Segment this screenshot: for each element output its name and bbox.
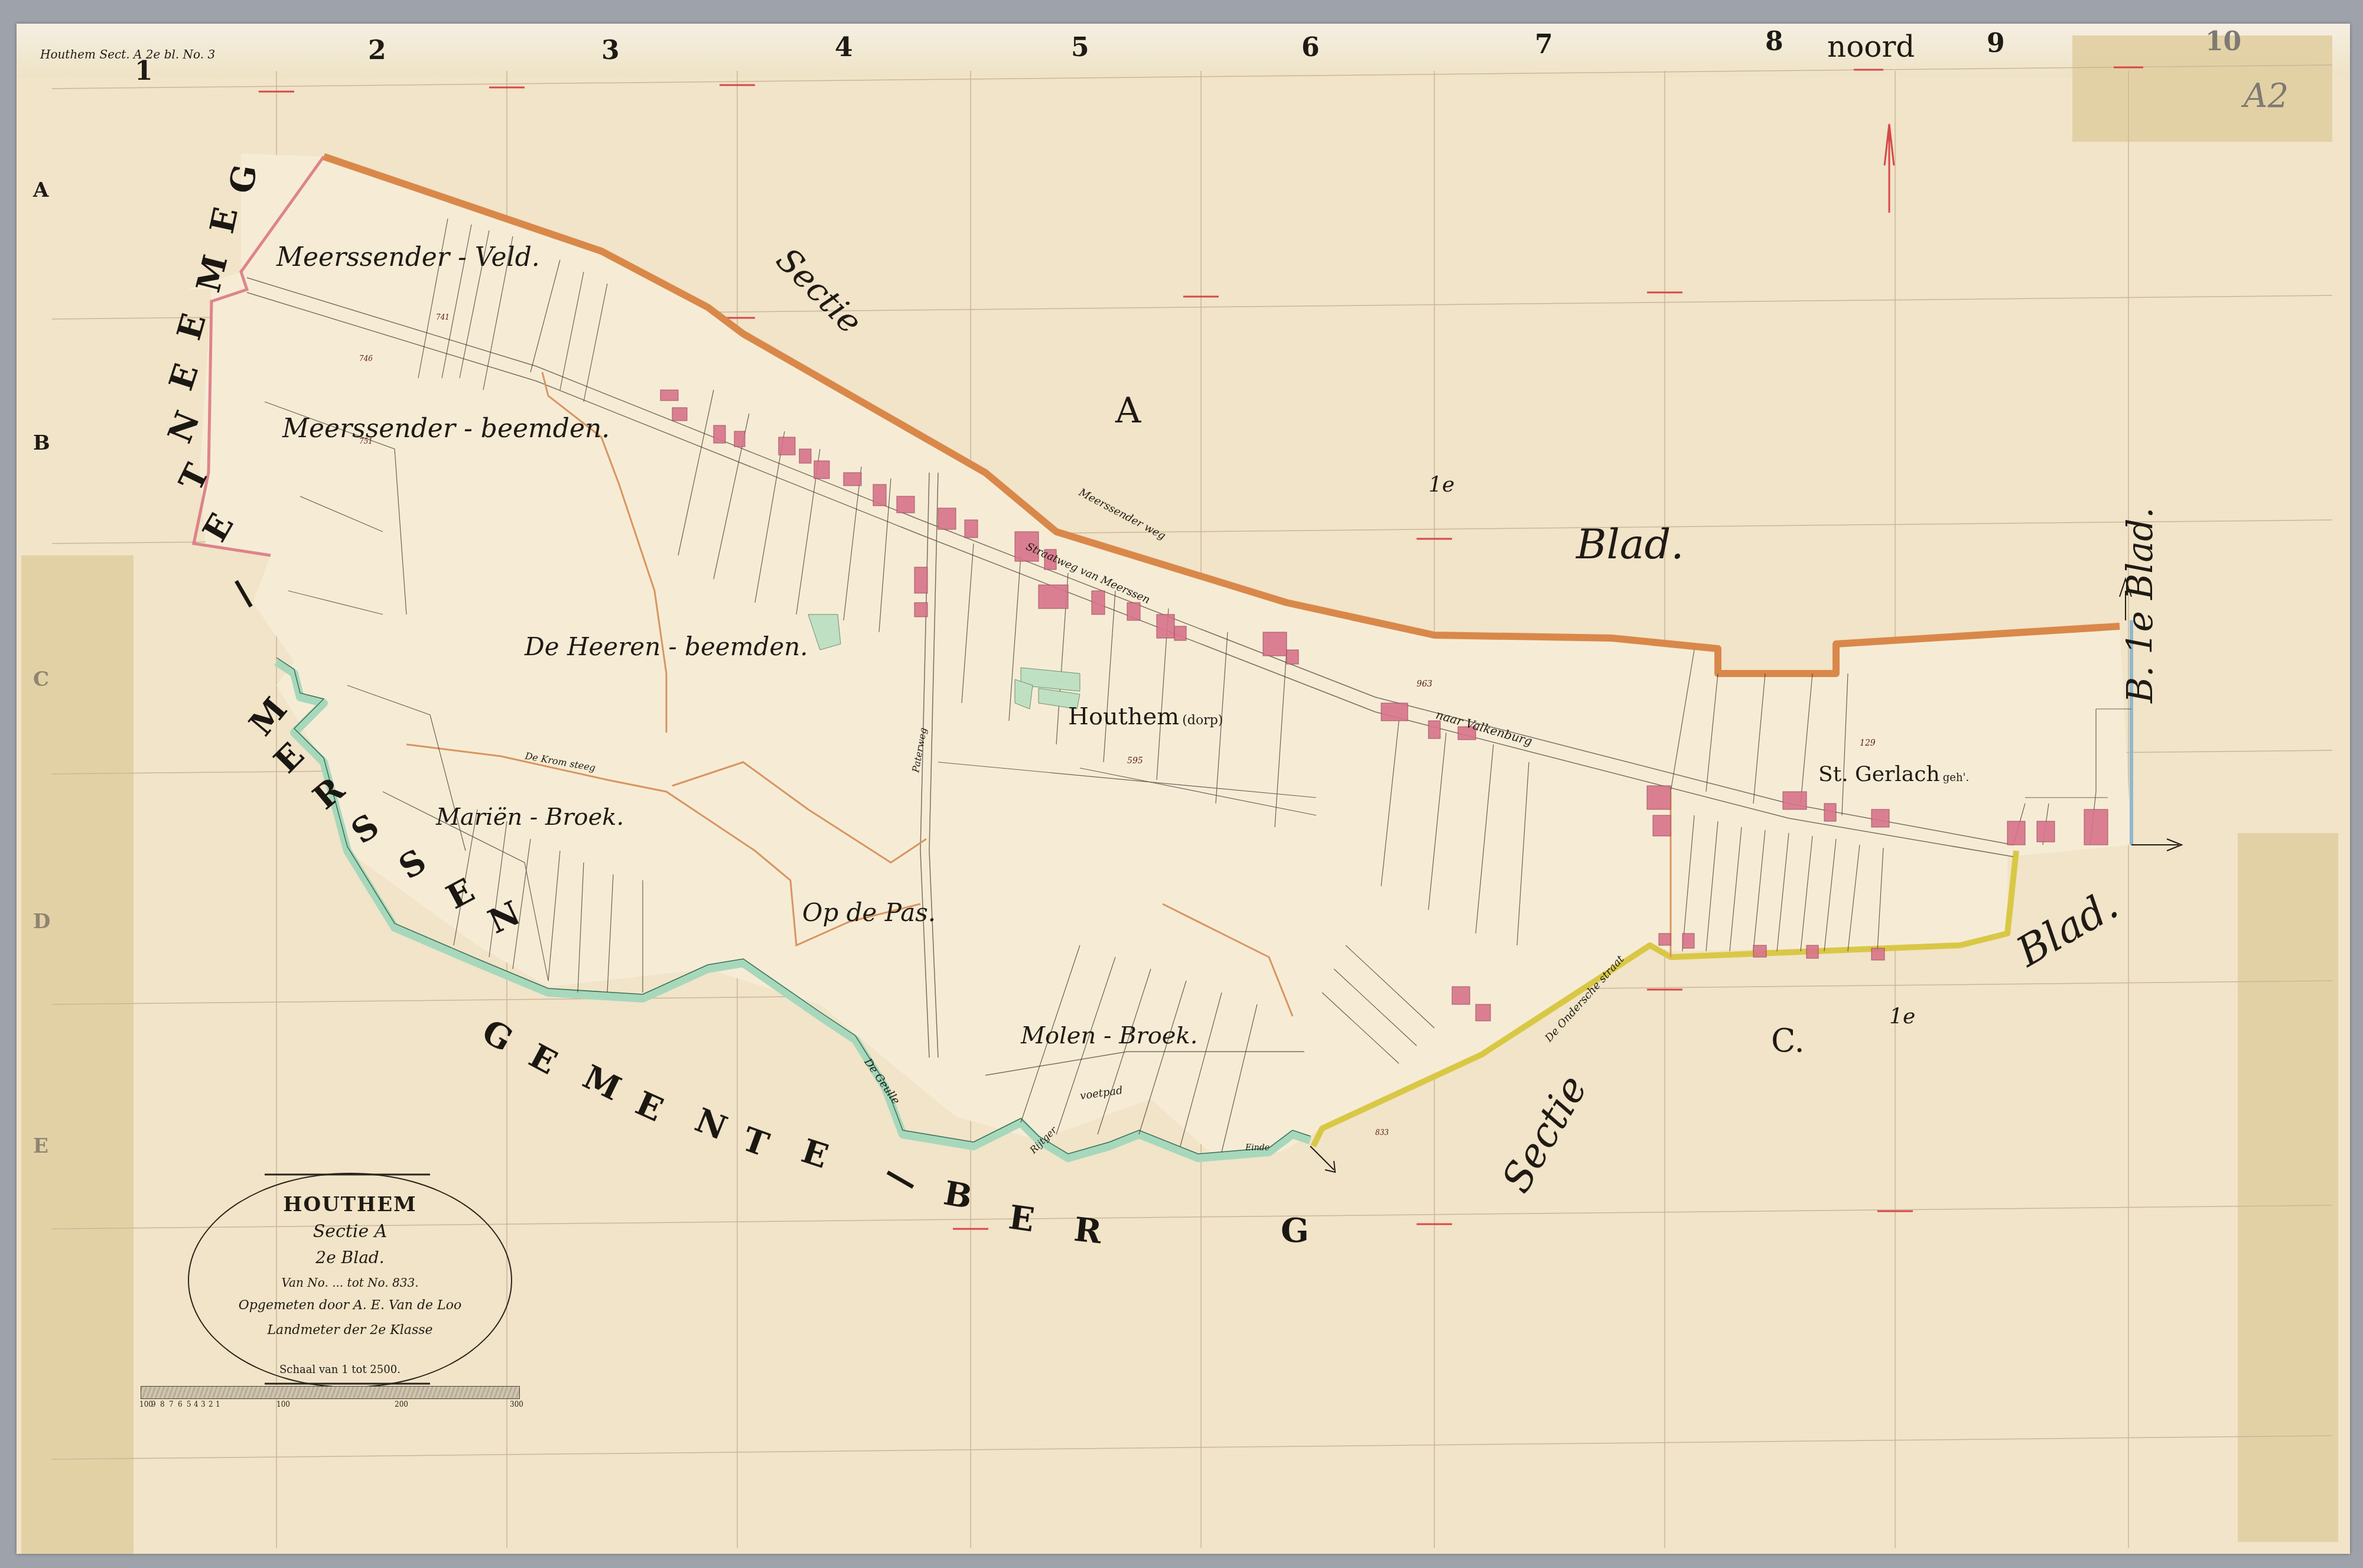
corner-reference: Houthem Sect. A 2e bl. No. 3 [40, 47, 215, 61]
cartouche-parcel-range: Van No. ... tot No. 833. [189, 1276, 511, 1290]
place-meerssender-beemden: Meerssender - beemden. [282, 414, 610, 444]
row-letter-b: B [33, 431, 50, 455]
column-number-1: 1 [135, 56, 153, 86]
column-number-10: 10 [2205, 27, 2241, 57]
place-op-de-pas: Op de Pas. [802, 898, 936, 927]
parcel-number: 963 [1417, 679, 1433, 689]
parcel-number: 746 [359, 354, 373, 363]
place-st-gerlach: St. Gerlach geh'. [1818, 762, 1969, 786]
scale-label: Schaal van 1 tot 2500. [279, 1364, 401, 1376]
cartouche-surveyor-rank: Landmeter der 2e Klasse [189, 1323, 511, 1338]
adjacent-north-letter: A [1115, 390, 1141, 431]
parcel-number: 833 [1375, 1128, 1389, 1137]
north-arrow-icon [1884, 124, 1894, 213]
gemeente-berg-letter: R [1072, 1210, 1104, 1252]
scale-tick: 5 [187, 1400, 191, 1408]
place-molen-broek: Molen - Broek. [1021, 1022, 1197, 1049]
gemeente-berg-letter: E [1007, 1198, 1037, 1240]
arrow-south-icon [1310, 1146, 1335, 1172]
place-houthem: Houthem (dorp) [1068, 703, 1223, 730]
cartouche-surveyor: Opgemeten door A. E. Van de Loo [189, 1298, 511, 1313]
row-letter-c: C [33, 668, 49, 691]
scale-tick: 9 [151, 1400, 156, 1408]
title-cartouche: HOUTHEM Sectie A 2e Blad. Van No. ... to… [188, 1173, 512, 1388]
scale-tick: 3 [201, 1400, 206, 1408]
scale-tick: 300 [510, 1400, 523, 1408]
scale-tick: 100 [276, 1400, 290, 1408]
map-sheet: Houthem Sect. A 2e bl. No. 3 1 2 3 4 5 6… [17, 24, 2350, 1554]
section-territory [188, 154, 2131, 1152]
parcel-number: 129 [1860, 739, 1876, 748]
place-marien-broek: Mariën - Broek. [436, 803, 624, 831]
houthem-suffix: (dorp) [1182, 713, 1223, 728]
scale-tick: 4 [194, 1400, 198, 1408]
cartouche-sheet: 2e Blad. [189, 1248, 511, 1267]
adjacent-south-letter: C. [1771, 1022, 1805, 1059]
scale-tick: 1 [216, 1400, 220, 1408]
sheet-id-label: A2 [2244, 77, 2289, 115]
adjacent-east-label: B. 1e Blad. [2120, 507, 2161, 703]
parcel-number: 751 [359, 437, 373, 445]
arrow-east-icon [2131, 839, 2182, 851]
north-label: noord [1827, 30, 1915, 64]
scale-tick: 8 [160, 1400, 165, 1408]
column-number-7: 7 [1535, 30, 1553, 60]
scale-tick: 7 [169, 1400, 174, 1408]
st-gerlach-name: St. Gerlach [1818, 762, 1940, 786]
scale-bar [141, 1386, 520, 1399]
column-number-6: 6 [1301, 32, 1320, 63]
column-number-3: 3 [601, 35, 620, 66]
road-einde: Einde [1245, 1143, 1270, 1153]
scale-tick: 200 [395, 1400, 408, 1408]
column-number-4: 4 [835, 32, 853, 63]
gemeente-berg-letter: G [1281, 1211, 1309, 1250]
column-number-8: 8 [1765, 27, 1783, 57]
st-gerlach-suffix: geh'. [1943, 772, 1969, 784]
place-meerssender-veld: Meerssender - Veld. [276, 242, 540, 272]
adjacent-north-blad: Blad. [1576, 520, 1684, 568]
column-number-9: 9 [1987, 28, 2005, 58]
column-number-2: 2 [368, 35, 386, 66]
cartouche-section: Sectie A [189, 1221, 511, 1242]
column-number-5: 5 [1071, 32, 1089, 63]
cartouche-title: HOUTHEM [189, 1193, 511, 1216]
scale-tick: 6 [178, 1400, 183, 1408]
row-letter-a: A [33, 178, 48, 202]
adjacent-south-ordinal: 1e [1889, 1004, 1915, 1029]
houthem-name: Houthem [1068, 703, 1179, 730]
adjacent-north-ordinal: 1e [1428, 473, 1454, 497]
parcel-number: 741 [436, 313, 450, 321]
place-heeren-beemden: De Heeren - beemden. [525, 632, 808, 661]
scale-tick: 2 [209, 1400, 213, 1408]
parcel-number: 595 [1127, 756, 1143, 766]
row-letter-e: E [33, 1134, 48, 1158]
row-letter-d: D [33, 910, 50, 933]
